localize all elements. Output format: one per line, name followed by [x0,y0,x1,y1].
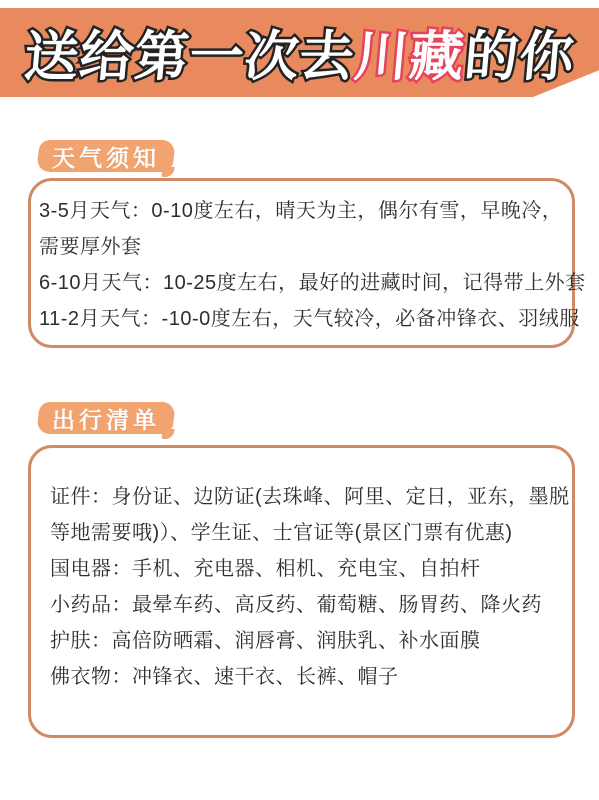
packing-section-badge: 出行清单 [36,402,176,434]
weather-line: 11-2月天气：-10-0度左右，天气较冷，必备冲锋衣、羽绒服 [39,301,564,337]
title-prefix: 送给第一次去 [21,27,356,87]
weather-info-box: 3-5月天气：0-10度左右，晴天为主，偶尔有雪，早晚冷， 需要厚外套 6-10… [28,178,575,348]
packing-line: 证件：身份证、边防证(去珠峰、阿里、定日，亚东，墨脱 [50,479,564,515]
weather-section-badge: 天气须知 [36,140,176,172]
poster-page: 送给第一次去川藏的你 天气须知 3-5月天气：0-10度左右，晴天为主，偶尔有雪… [0,0,599,800]
packing-line: 护肤：高倍防晒霜、润唇膏、润肤乳、补水面膜 [50,623,564,659]
weather-line: 6-10月天气：10-25度左右，最好的进藏时间，记得带上外套 [39,265,564,301]
packing-line: 国电器：手机、充电器、相机、充电宝、自拍杆 [50,551,564,587]
packing-line: 等地需要哦)）、学生证、士官证等(景区门票有优惠) [50,515,564,551]
packing-line: 佛衣物：冲锋衣、速干衣、长裤、帽子 [50,659,564,695]
page-title: 送给第一次去川藏的你 [21,14,578,91]
weather-line: 3-5月天气：0-10度左右，晴天为主，偶尔有雪，早晚冷， [39,193,564,229]
weather-section-badge-label: 天气须知 [52,140,160,173]
packing-list-box: 证件：身份证、边防证(去珠峰、阿里、定日，亚东，墨脱 等地需要哦)）、学生证、士… [28,445,575,738]
title-suffix: 的你 [461,27,576,87]
weather-line: 需要厚外套 [39,229,564,265]
packing-section-badge-label: 出行清单 [52,402,160,435]
packing-line: 小药品：最晕车药、高反药、葡萄糖、肠胃药、降火药 [50,587,564,623]
title-banner: 送给第一次去川藏的你 [0,8,599,97]
title-highlight: 川藏 [351,27,466,87]
